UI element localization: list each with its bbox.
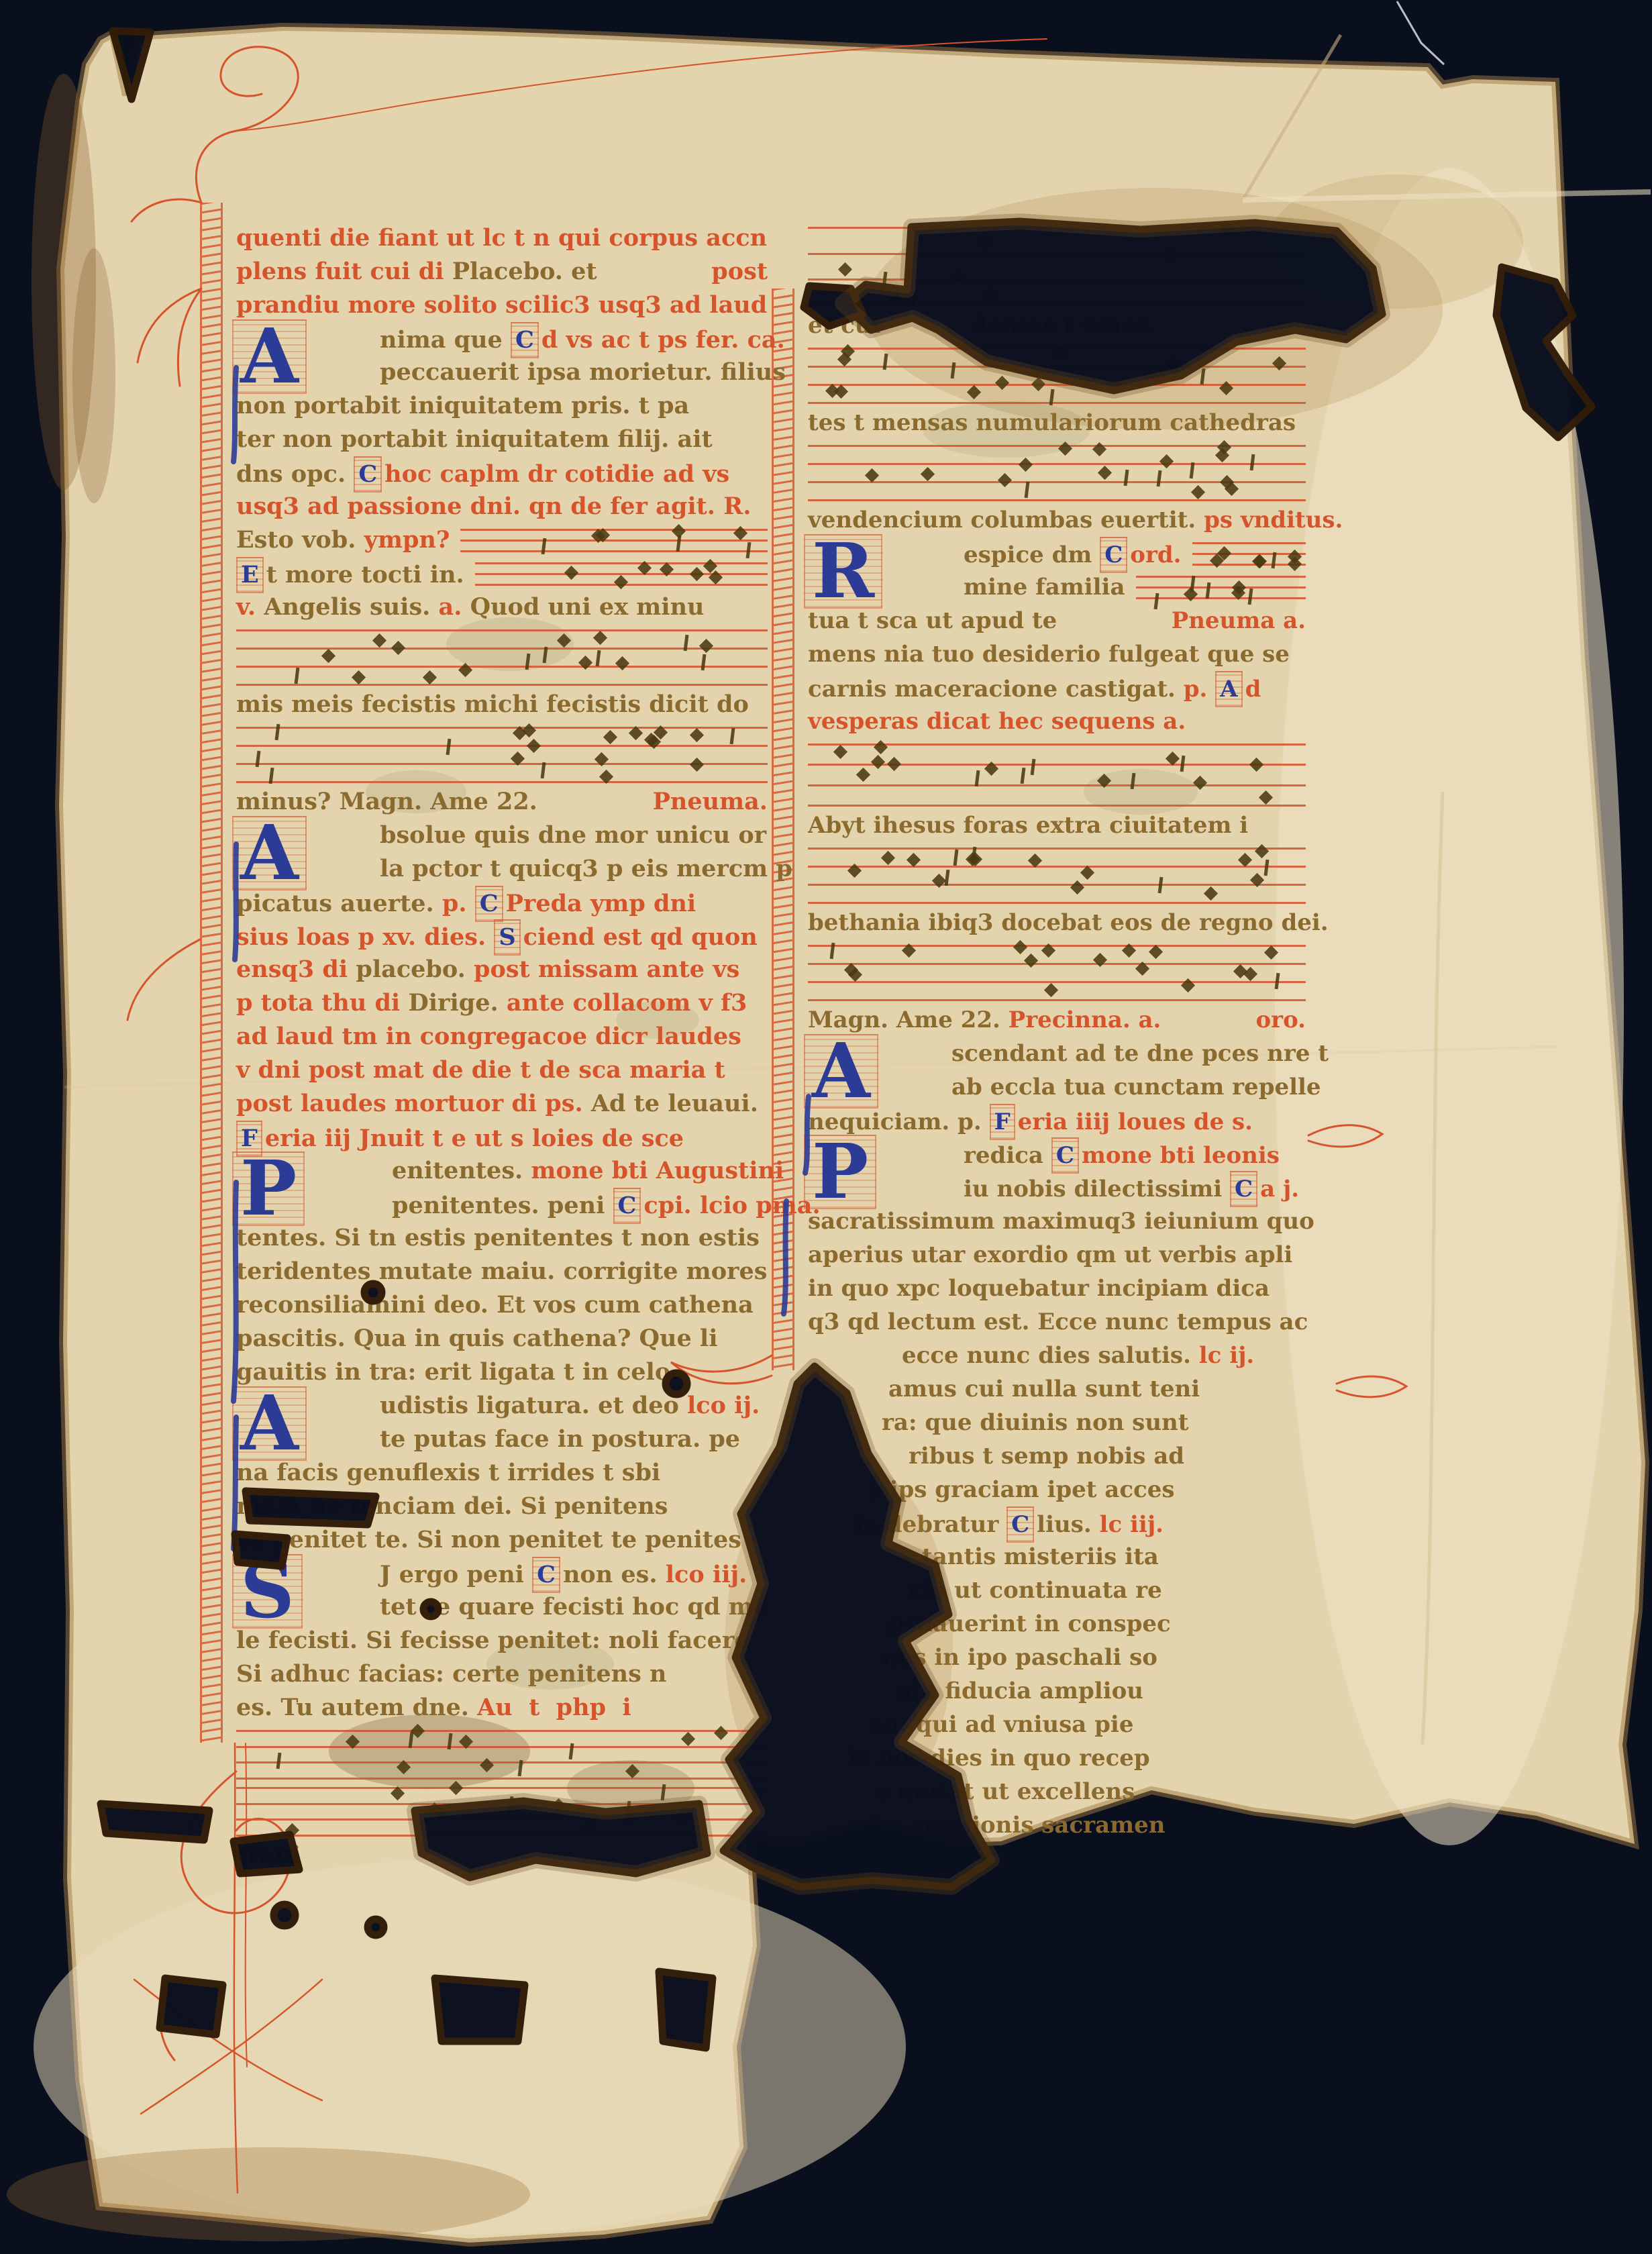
text-run: Esto vob. bbox=[236, 523, 364, 557]
staff-line bbox=[808, 981, 1306, 983]
text-run: ecce nunc dies salutis. bbox=[902, 1339, 1199, 1372]
staff-line bbox=[808, 902, 1306, 904]
text-line: non portabit iniquitatem pris. t pa bbox=[236, 389, 768, 423]
text-line: es. Tu autem dne. Au t php i bbox=[236, 1691, 768, 1725]
neume-mark bbox=[689, 728, 703, 742]
text-line: tua t sca ut apud te Pneuma a. bbox=[808, 604, 1306, 637]
text-run: prandiu more solito scilic3 usq3 ad laud bbox=[236, 289, 767, 322]
neume-mark bbox=[978, 235, 992, 249]
neume-mark bbox=[1221, 221, 1235, 236]
text-line: pruauerint in conspec bbox=[808, 1607, 1306, 1641]
text-line: mens nia tuo desiderio fulgeat que se bbox=[808, 637, 1306, 671]
manuscript-photo: quenti die fiant ut lc t n qui corpus ac… bbox=[0, 0, 1652, 2254]
neume-mark bbox=[541, 762, 546, 778]
text-run: Precinna. a. bbox=[1009, 1003, 1170, 1037]
inline-initial: A bbox=[1215, 671, 1242, 707]
text-run: y ips graciam ipet acces bbox=[868, 1473, 1175, 1506]
neume-mark bbox=[967, 385, 981, 399]
text-line: aperius utar exordio qm ut verbis apli bbox=[808, 1238, 1306, 1272]
text-run: lius. bbox=[1037, 1508, 1099, 1541]
text-line: mine familia bbox=[808, 570, 1306, 604]
staff-line bbox=[236, 1778, 768, 1780]
neume-mark bbox=[733, 526, 747, 540]
neume-mark bbox=[830, 943, 835, 959]
text-line: Predica Cmone bti leonis bbox=[808, 1137, 1306, 1171]
text-line: ia debratur Clius. lc iij. bbox=[808, 1506, 1306, 1540]
text-line: p tota thu di Dirige. ante collacom v f3 bbox=[236, 986, 768, 1020]
staff-line bbox=[1136, 586, 1306, 588]
neume-mark bbox=[1255, 844, 1269, 858]
neume-mark bbox=[625, 1763, 639, 1778]
text-line: picatus auerte. p. CPreda ymp dni bbox=[236, 886, 768, 919]
text-run: penitentes. peni bbox=[392, 1189, 613, 1223]
inline-music-staff bbox=[460, 525, 768, 556]
text-line: na facis genuflexis t irrides t sbi bbox=[236, 1456, 768, 1490]
text-run: iu nobis dilectissimi bbox=[964, 1172, 1230, 1206]
text-line: ecce nunc dies salutis. lc ij. bbox=[808, 1339, 1306, 1372]
text-line: Respice dm Cord. bbox=[808, 537, 1306, 570]
neume-mark bbox=[1180, 756, 1185, 772]
text-run: in quo xpc loquebatur incipiam dica bbox=[808, 1272, 1270, 1305]
text-run: sius loas p xv. dies. bbox=[236, 921, 494, 954]
neume-mark bbox=[887, 756, 901, 770]
neume-mark bbox=[1058, 442, 1072, 456]
neume-mark bbox=[834, 385, 848, 399]
neume-mark bbox=[1263, 860, 1269, 876]
text-run: lc ij. bbox=[1199, 1339, 1255, 1372]
neume-mark bbox=[661, 1784, 666, 1800]
staff-line bbox=[808, 805, 1306, 807]
text-line: sacratissimum maximuq3 ieiunium quo bbox=[808, 1205, 1306, 1238]
neume-mark bbox=[1252, 554, 1266, 568]
staff-line bbox=[808, 999, 1306, 1001]
neume-mark bbox=[932, 874, 946, 888]
neume-mark bbox=[449, 1781, 463, 1795]
text-run: peccauerit ipsa morietur. filius bbox=[380, 356, 786, 389]
text-line: nta fiducia ampliou bbox=[808, 1674, 1306, 1708]
inline-initial: C bbox=[354, 456, 382, 493]
staff-line bbox=[808, 499, 1306, 501]
text-run: passionis sacramen bbox=[915, 1808, 1165, 1842]
text-run: Si adhuc facias: certe penitens n bbox=[236, 1657, 666, 1691]
text-line: carnis maceracione castigat. p. Ad bbox=[808, 671, 1306, 705]
inline-initial: S bbox=[494, 919, 520, 956]
neume-mark bbox=[1272, 356, 1286, 370]
text-run: t more tocti in. bbox=[266, 558, 464, 592]
text-run: v. bbox=[236, 591, 264, 624]
staff-line bbox=[808, 884, 1306, 886]
text-run: ante collacom v f3 bbox=[507, 986, 747, 1020]
text-run: p. bbox=[442, 887, 475, 921]
text-run: tes t mensas numulariorum cathedras bbox=[808, 406, 1296, 440]
text-line: ab eccla tua cunctam repelle bbox=[808, 1070, 1306, 1104]
illuminated-initial: S bbox=[232, 1554, 303, 1629]
text-line: quenti die fiant ut lc t n qui corpus ac… bbox=[236, 221, 768, 255]
neume-mark bbox=[1019, 458, 1033, 472]
staff-line bbox=[236, 1787, 768, 1789]
music-staff bbox=[808, 939, 1306, 1003]
text-line: bethania ibiq3 docebat eos de regno dei. bbox=[808, 906, 1306, 939]
text-line: is nos dies in quo recep bbox=[808, 1741, 1306, 1775]
neume-mark bbox=[1163, 247, 1177, 261]
inline-initial: C bbox=[1051, 1137, 1079, 1174]
neume-mark bbox=[950, 362, 956, 378]
text-run: ia debratur bbox=[855, 1508, 1006, 1541]
music-staff bbox=[236, 624, 768, 688]
text-run: pruauerint in conspec bbox=[888, 1607, 1171, 1641]
text-line: an: qui ad vniusa pie bbox=[808, 1708, 1306, 1741]
text-line: iu nobis dilectissimi Ca j. bbox=[808, 1171, 1306, 1205]
text-run: Angelis suis. bbox=[264, 591, 438, 624]
text-run: la pctor t quicq3 p eis mercm p bbox=[380, 852, 792, 886]
text-run: ord. bbox=[1130, 538, 1181, 572]
neume-mark bbox=[983, 287, 997, 301]
neume-mark bbox=[998, 473, 1012, 487]
text-run: traui bbox=[236, 1839, 301, 1872]
text-run: Quod uni ex minu bbox=[470, 591, 705, 624]
music-staff bbox=[808, 842, 1306, 906]
text-run: usq3 ad passione dni. qn de fer agit. R. bbox=[236, 490, 751, 523]
staff-line bbox=[808, 305, 1306, 307]
text-line: te putas face in postura. pe bbox=[236, 1423, 768, 1456]
neume-mark bbox=[276, 1753, 281, 1769]
neume-mark bbox=[871, 755, 885, 769]
text-run: lco ij. bbox=[687, 1389, 760, 1423]
staff-line bbox=[808, 848, 1306, 850]
text-line: plens fuit cui di Placebo. et post bbox=[236, 255, 768, 289]
text-line: vendencium columbas euertit. ps vnditus. bbox=[808, 503, 1306, 537]
text-run: tantis misteriis ita bbox=[922, 1540, 1159, 1574]
text-run: ribus t semp nobis ad bbox=[909, 1439, 1184, 1473]
text-run: J ergo peni bbox=[380, 1558, 532, 1592]
neume-mark bbox=[564, 565, 578, 579]
text-run: Abyt ihesus foras extra ciuitatem i bbox=[808, 809, 1248, 842]
illuminated-initial: A bbox=[232, 1386, 307, 1461]
text-run: post bbox=[711, 255, 768, 289]
neume-mark bbox=[622, 1810, 636, 1825]
text-run: p. bbox=[1184, 672, 1215, 706]
staff-line bbox=[236, 629, 768, 631]
text-line: SJ ergo peni Cnon es. lco iij. bbox=[236, 1557, 768, 1590]
neume-mark bbox=[994, 376, 1009, 390]
neume-mark bbox=[728, 1751, 742, 1765]
neume-mark bbox=[1013, 940, 1027, 954]
neume-mark bbox=[423, 670, 437, 684]
text-run: Dirige. bbox=[408, 986, 507, 1020]
text-run: es. Tu autem dne. bbox=[236, 1691, 477, 1725]
neume-mark bbox=[1249, 758, 1263, 772]
text-line: nequiciam. p. Feria iiij loues de s. bbox=[808, 1104, 1306, 1137]
thread bbox=[1397, 1, 1444, 64]
text-line: ad laud tm in congregacoe dicr laudes bbox=[236, 1020, 768, 1054]
neume-mark bbox=[874, 740, 888, 754]
text-line: v. Angelis suis. a. Quod uni ex minu bbox=[236, 591, 768, 624]
neume-mark bbox=[1124, 470, 1129, 486]
text-run: an: qui ad vniusa pie bbox=[868, 1708, 1133, 1741]
staff-line bbox=[236, 727, 768, 729]
inline-initial: F bbox=[990, 1104, 1015, 1140]
neume-mark bbox=[1030, 759, 1035, 775]
neume-mark bbox=[951, 270, 966, 285]
text-run: redica bbox=[964, 1139, 1051, 1172]
text-line: amus cui nulla sunt teni bbox=[808, 1372, 1306, 1406]
left-border-ornament bbox=[200, 203, 223, 1743]
neume-mark bbox=[1159, 454, 1174, 468]
music-staff bbox=[808, 738, 1306, 809]
inline-music-staff bbox=[475, 558, 768, 589]
text-run: non es. bbox=[563, 1558, 666, 1592]
text-line: Absolue quis dne mor unicu or bbox=[236, 819, 768, 852]
text-run: e mutat ut excellens bbox=[875, 1775, 1135, 1808]
text-run: non portabit iniquitatem pris. t pa bbox=[236, 389, 689, 423]
text-run: ter non portabit iniquitatem filij. ait bbox=[236, 423, 713, 456]
neume-mark bbox=[1044, 983, 1058, 997]
text-run: a. bbox=[439, 591, 470, 624]
neume-mark bbox=[676, 535, 681, 551]
staff-line bbox=[808, 402, 1306, 404]
neume-mark bbox=[1098, 466, 1112, 480]
neume-mark bbox=[714, 1726, 728, 1740]
neume-mark bbox=[701, 654, 706, 670]
neume-mark bbox=[1205, 582, 1210, 599]
neume-mark bbox=[1219, 381, 1233, 395]
staff-line bbox=[808, 784, 1306, 786]
text-column-left: quenti die fiant ut lc t n qui corpus ac… bbox=[236, 221, 768, 1872]
text-run: mone bti leonis bbox=[1082, 1139, 1280, 1172]
text-run: gauitis in tra: erit ligata t in celo. bbox=[236, 1355, 678, 1389]
staff-line bbox=[236, 781, 768, 783]
inline-initial: C bbox=[475, 886, 503, 922]
text-run: Au t php i bbox=[477, 1691, 631, 1725]
text-run: oro. bbox=[1255, 1003, 1306, 1037]
text-run: ab eccla tua cunctam repelle bbox=[951, 1070, 1321, 1104]
neume-mark bbox=[1166, 357, 1180, 371]
neume-mark bbox=[615, 656, 629, 670]
text-run: mine familia bbox=[964, 570, 1125, 604]
text-run: es penitet te. Si non penitet te penites bbox=[236, 1523, 741, 1557]
neume-mark bbox=[603, 730, 617, 744]
neume-mark bbox=[1250, 454, 1255, 470]
illuminated-initial: R bbox=[804, 534, 882, 609]
inline-initial: C bbox=[613, 1188, 641, 1224]
text-run: post laudes mortuor di ps. bbox=[236, 1087, 591, 1121]
text-run: ympn? bbox=[364, 523, 450, 557]
neume-mark bbox=[1238, 853, 1252, 867]
inline-initial: C bbox=[532, 1557, 560, 1593]
text-line: peccauerit ipsa morietur. filius bbox=[236, 356, 768, 389]
neume-mark bbox=[1190, 576, 1195, 592]
staff-line bbox=[460, 550, 768, 552]
staff-line bbox=[1136, 597, 1306, 599]
text-line: minus? Magn. Ame 22. Pneuma. bbox=[236, 785, 768, 819]
music-staff bbox=[808, 221, 1306, 309]
neume-mark bbox=[881, 851, 895, 865]
text-run: bsolue quis dne mor unicu or bbox=[380, 819, 766, 852]
staff-line bbox=[808, 945, 1306, 947]
text-run: dns opc. bbox=[236, 458, 354, 491]
text-run: mone bti Augustini bbox=[531, 1154, 784, 1188]
text-run: d bbox=[1245, 672, 1261, 706]
text-run: Preda ymp dni bbox=[506, 887, 696, 921]
neume-mark bbox=[321, 649, 335, 663]
neume-mark bbox=[552, 1798, 566, 1812]
neume-mark bbox=[1190, 485, 1204, 499]
text-run: bethania ibiq3 docebat eos de regno dei. bbox=[808, 906, 1329, 939]
text-run: eria iiij loues de s. bbox=[1018, 1105, 1253, 1139]
music-staff bbox=[808, 342, 1306, 406]
text-run: ps vnditus. bbox=[1204, 503, 1343, 537]
inline-initial: E bbox=[236, 557, 264, 593]
music-staff bbox=[236, 721, 768, 785]
text-line: et cur dentes t emen bbox=[808, 309, 1306, 342]
text-run: tentes. Si tn estis penitentes t non est… bbox=[236, 1221, 760, 1255]
text-run: teridentes mutate maiu. corrigite mores bbox=[236, 1255, 767, 1288]
text-line: mis meis fecistis michi fecistis dicit d… bbox=[236, 688, 768, 721]
neume-mark bbox=[1204, 886, 1218, 901]
neume-mark bbox=[699, 639, 713, 653]
neume-mark bbox=[614, 575, 628, 589]
text-line: Audistis ligatura. et deo lco ij. bbox=[236, 1389, 768, 1423]
text-run: ad laud tm in congregacoe dicr laudes bbox=[236, 1020, 741, 1054]
neume-mark bbox=[1020, 767, 1025, 783]
text-run: eria iij Jnuit t e ut s loies de sce bbox=[265, 1122, 684, 1156]
stain bbox=[72, 248, 115, 503]
text-line: sius loas p xv. dies. Sciend est qd quon bbox=[236, 919, 768, 953]
staff-line bbox=[236, 745, 768, 747]
text-run: cio ut continuata re bbox=[909, 1574, 1162, 1607]
staff-line bbox=[236, 666, 768, 668]
text-run: nos in ipo paschali so bbox=[882, 1641, 1157, 1674]
text-run: cpi. lcio pma. bbox=[643, 1189, 820, 1223]
neume-mark bbox=[391, 641, 405, 655]
neume-mark bbox=[582, 1819, 596, 1833]
text-run: na facis genuflexis t irrides t sbi bbox=[236, 1456, 660, 1490]
text-line: Ascendant ad te dne pces nre t bbox=[808, 1037, 1306, 1070]
neume-mark bbox=[543, 647, 548, 663]
neume-mark bbox=[856, 768, 870, 782]
neume-mark bbox=[1080, 866, 1094, 880]
neume-mark bbox=[557, 633, 571, 648]
text-line: mam ne tenciam dei. Si penitens bbox=[236, 1490, 768, 1523]
neume-mark bbox=[953, 850, 958, 866]
text-run: aperius utar exordio qm ut verbis apli bbox=[808, 1238, 1292, 1272]
text-line: ensq3 di placebo. post missam ante vs bbox=[236, 953, 768, 986]
staff-line bbox=[808, 866, 1306, 868]
illuminated-initial: A bbox=[232, 816, 307, 890]
neume-mark bbox=[690, 567, 704, 581]
text-line: in quo xpc loquebatur incipiam dica bbox=[808, 1272, 1306, 1305]
text-line: traui bbox=[236, 1839, 768, 1872]
staff-line bbox=[1192, 542, 1306, 544]
text-line: Anima que Cd vs ac t ps fer. ca. bbox=[236, 322, 768, 356]
neume-mark bbox=[833, 745, 847, 759]
inline-initial: C bbox=[511, 322, 539, 358]
text-run: hoc caplm dr cotidie ad vs bbox=[384, 458, 729, 491]
text-run: et cur dentes t emen bbox=[808, 309, 1152, 342]
staff-line bbox=[236, 1803, 768, 1805]
text-run: Pneuma a. bbox=[1172, 604, 1306, 637]
neume-mark bbox=[1193, 776, 1207, 790]
neume-mark bbox=[729, 727, 735, 744]
neume-mark bbox=[1024, 954, 1038, 968]
neume-mark bbox=[480, 1758, 494, 1772]
text-line: reconsiliamini deo. Et vos cum cathena bbox=[236, 1288, 768, 1322]
text-run: carnis maceracione castigat. bbox=[808, 672, 1184, 706]
text-run: vesperas dicat hec sequens a. bbox=[808, 705, 1186, 738]
staff-line bbox=[460, 529, 768, 531]
text-run: post missam ante vs bbox=[474, 953, 739, 986]
text-line: Magn. Ame 22. Precinna. a. oro. bbox=[808, 1003, 1306, 1037]
text-line: Si adhuc facias: certe penitens n bbox=[236, 1657, 768, 1691]
text-run: mis meis fecistis michi fecistis dicit d… bbox=[236, 688, 749, 721]
neume-mark bbox=[595, 650, 601, 666]
text-line: dns opc. Choc caplm dr cotidie ad vs bbox=[236, 456, 768, 490]
staff-line bbox=[236, 1761, 768, 1763]
text-run: enitentes. bbox=[392, 1154, 531, 1188]
music-staff bbox=[236, 1782, 768, 1839]
stain bbox=[7, 2147, 530, 2241]
staff-line bbox=[475, 562, 768, 564]
text-line: passionis sacramen bbox=[808, 1808, 1306, 1842]
staff-line bbox=[808, 963, 1306, 965]
text-run: ensq3 di bbox=[236, 953, 356, 986]
inline-music-staff bbox=[1136, 572, 1306, 603]
neume-mark bbox=[372, 633, 386, 648]
text-line: pascitis. Qua in quis cathena? Que li bbox=[236, 1322, 768, 1355]
text-run: ciend est qd quon bbox=[523, 921, 758, 954]
text-run: p tota thu di bbox=[236, 986, 408, 1020]
text-run: mam ne tenciam dei. Si penitens bbox=[236, 1490, 668, 1523]
inline-initial: C bbox=[1100, 537, 1127, 573]
text-run: d vs ac t ps fer. ca. bbox=[541, 323, 785, 357]
text-run: plens fuit cui di bbox=[236, 255, 452, 289]
neume-mark bbox=[1149, 945, 1163, 959]
text-line: nos in ipo paschali so bbox=[808, 1641, 1306, 1674]
text-run: v dni post mat de die t de sca maria t bbox=[236, 1054, 725, 1087]
neume-mark bbox=[1274, 972, 1280, 988]
text-run: quenti die fiant ut lc t n qui corpus ac… bbox=[236, 221, 767, 255]
text-line: tantis misteriis ita bbox=[808, 1540, 1306, 1574]
neume-mark bbox=[527, 739, 541, 753]
text-run: Ad te leuaui. bbox=[591, 1087, 758, 1121]
text-line: vesperas dicat hec sequens a. bbox=[808, 705, 1306, 738]
neume-mark bbox=[1200, 368, 1206, 385]
text-run: tet te quare fecisti hoc qd ma bbox=[380, 1590, 768, 1624]
text-run: lc iij. bbox=[1100, 1508, 1164, 1541]
text-run: q3 qd lectum est. Ecce nunc tempus ac bbox=[808, 1305, 1308, 1339]
music-staff bbox=[236, 1725, 768, 1782]
text-line: v dni post mat de die t de sca maria t bbox=[236, 1054, 768, 1087]
neume-mark bbox=[1070, 880, 1084, 894]
text-run: espice dm bbox=[964, 538, 1100, 572]
neume-mark bbox=[681, 1732, 695, 1746]
text-line: ter non portabit iniquitatem filij. ait bbox=[236, 423, 768, 456]
staff-line bbox=[236, 648, 768, 650]
neume-mark bbox=[1130, 773, 1135, 789]
text-run: te putas face in postura. pe bbox=[380, 1423, 740, 1456]
text-run: a j. bbox=[1260, 1172, 1299, 1206]
neume-mark bbox=[1093, 953, 1107, 967]
staff-line bbox=[236, 1818, 768, 1821]
neume-mark bbox=[1264, 945, 1278, 960]
staff-line bbox=[808, 463, 1306, 465]
inline-initial: C bbox=[1006, 1506, 1034, 1543]
text-column-right: et cur dentes t ementes t mensas numular… bbox=[808, 221, 1306, 1842]
staff-line bbox=[236, 684, 768, 686]
text-line: Penitentes. mone bti Augustini bbox=[236, 1154, 768, 1188]
text-line: es penitet te. Si non penitet te penites bbox=[236, 1523, 768, 1557]
text-line: tentes. Si tn estis penitentes t non est… bbox=[236, 1221, 768, 1255]
